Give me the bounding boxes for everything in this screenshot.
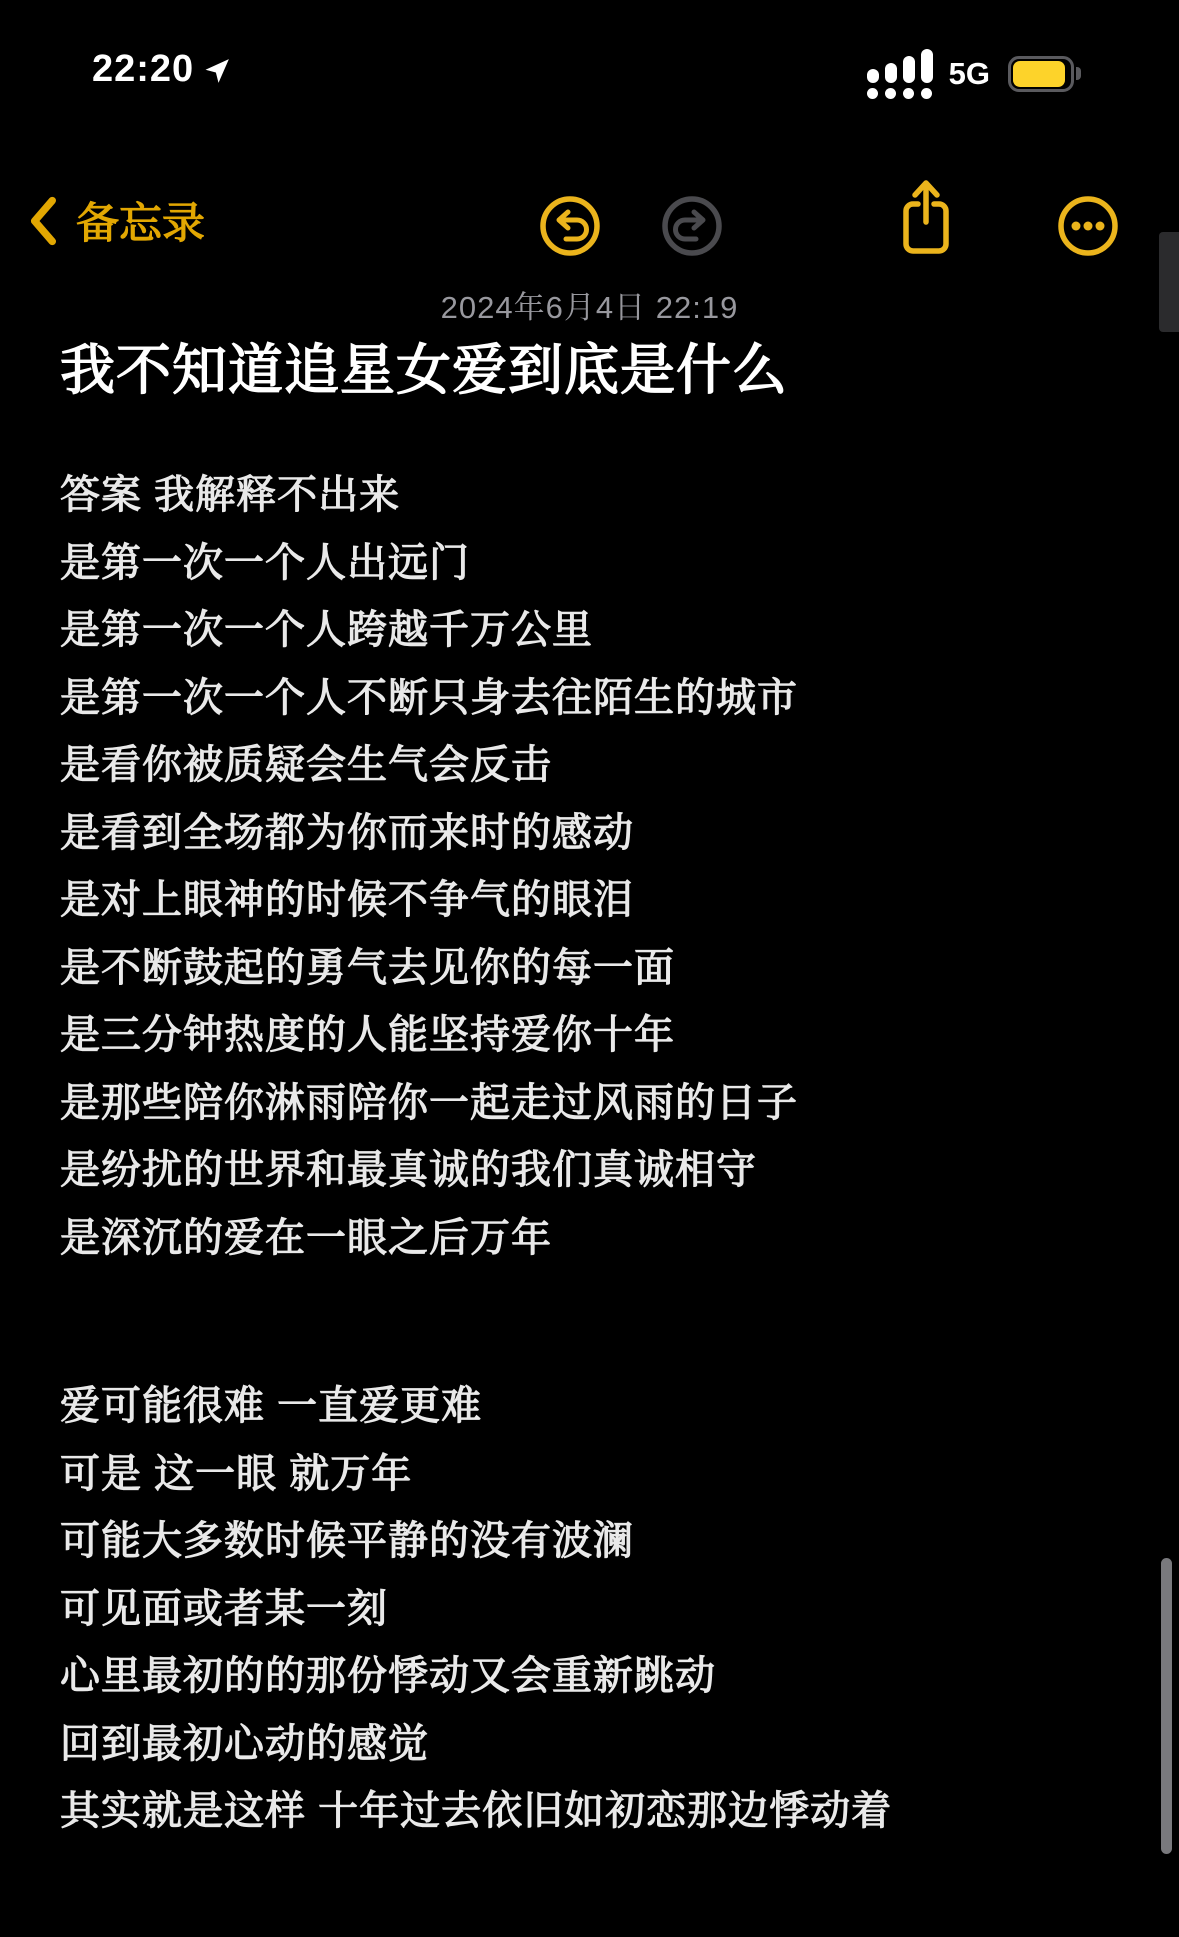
note-line: 是第一次一个人出远门 bbox=[60, 530, 1159, 598]
note-line: 其实就是这样 十年过去依旧如初恋那边悸动着 bbox=[60, 1778, 1159, 1846]
note-line: 爱可能很难 一直爱更难 bbox=[60, 1373, 1159, 1441]
note-line: 答案 我解释不出来 bbox=[60, 462, 1159, 530]
location-arrow-icon bbox=[202, 56, 232, 86]
note-line: 是对上眼神的时候不争气的眼泪 bbox=[60, 867, 1159, 935]
undo-icon[interactable] bbox=[538, 194, 602, 258]
note-title[interactable]: 我不知道追星女爱到底是什么 bbox=[60, 326, 1139, 405]
clock-time: 22:20 bbox=[92, 48, 194, 91]
cellular-signal-icon bbox=[867, 49, 933, 99]
more-options-icon[interactable] bbox=[1056, 194, 1120, 258]
redo-icon[interactable] bbox=[660, 194, 724, 258]
nav-bar: 备忘录 bbox=[0, 150, 1179, 270]
chevron-left-icon bbox=[28, 195, 58, 247]
note-line: 是那些陪你淋雨陪你一起走过风雨的日子 bbox=[60, 1070, 1159, 1138]
note-line: 是深沉的爱在一眼之后万年 bbox=[60, 1205, 1159, 1273]
scroll-indicator-top bbox=[1159, 232, 1179, 332]
note-line bbox=[60, 1272, 1159, 1373]
note-line: 心里最初的的那份悸动又会重新跳动 bbox=[60, 1643, 1159, 1711]
battery-icon bbox=[1008, 54, 1080, 94]
network-type-label: 5G bbox=[949, 56, 990, 92]
note-line: 可见面或者某一刻 bbox=[60, 1576, 1159, 1644]
note-line: 回到最初心动的感觉 bbox=[60, 1711, 1159, 1779]
status-right-group: 5G bbox=[867, 46, 1080, 102]
note-line: 是三分钟热度的人能坚持爱你十年 bbox=[60, 1002, 1159, 1070]
share-icon[interactable] bbox=[894, 178, 958, 258]
note-line: 可能大多数时候平静的没有波澜 bbox=[60, 1508, 1159, 1576]
note-line: 是看到全场都为你而来时的感动 bbox=[60, 800, 1159, 868]
status-bar: 22:20 5G bbox=[0, 40, 1179, 104]
note-line: 是不断鼓起的勇气去见你的每一面 bbox=[60, 935, 1159, 1003]
back-button[interactable]: 备忘录 bbox=[28, 190, 205, 251]
note-line: 是看你被质疑会生气会反击 bbox=[60, 732, 1159, 800]
scrollbar-thumb[interactable] bbox=[1161, 1558, 1172, 1854]
status-time-group: 22:20 bbox=[92, 48, 232, 91]
back-button-label: 备忘录 bbox=[76, 190, 205, 251]
note-line: 是纷扰的世界和最真诚的我们真诚相守 bbox=[60, 1137, 1159, 1205]
note-body[interactable]: 答案 我解释不出来是第一次一个人出远门是第一次一个人跨越千万公里是第一次一个人不… bbox=[60, 462, 1159, 1846]
note-line: 是第一次一个人跨越千万公里 bbox=[60, 597, 1159, 665]
note-line: 是第一次一个人不断只身去往陌生的城市 bbox=[60, 665, 1159, 733]
note-date: 2024年6月4日 22:19 bbox=[0, 282, 1179, 327]
note-line: 可是 这一眼 就万年 bbox=[60, 1441, 1159, 1509]
